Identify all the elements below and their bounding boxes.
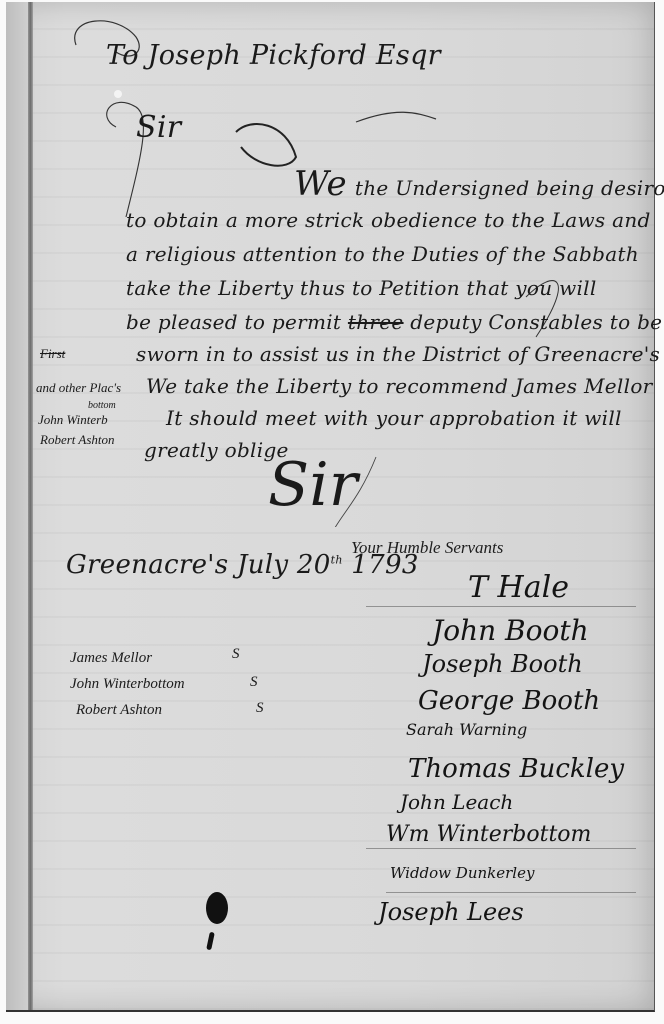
manuscript-page: To Joseph Pickford Esqr Sir Wethe Unders… (6, 2, 655, 1012)
body-line-8: It should meet with your approbation it … (166, 406, 622, 430)
nominee-3-sworn-mark: S (256, 700, 264, 717)
nominee-2: John Winterbottom (70, 676, 185, 693)
body-line-1-lead: We (294, 164, 347, 204)
closing-servants: Your Humble Servants (351, 538, 503, 558)
margin-note-john-winterbottom: John Winterb (38, 412, 108, 428)
signature-9: Widdow Dunkerley (390, 864, 534, 882)
signature-rule (366, 606, 636, 607)
body-line-2: to obtain a more strick obedience to the… (126, 208, 651, 232)
signature-4: George Booth (418, 686, 600, 716)
signature-7: John Leach (400, 790, 513, 814)
closing-sir-text: Sir (268, 450, 358, 520)
margin-note-other-places: and other Plac's (36, 380, 121, 396)
signature-3: Joseph Booth (422, 650, 583, 678)
dateline-day: 20 (297, 550, 331, 580)
signature-8: Wm Winterbottom (386, 822, 591, 847)
nominee-3: Robert Ashton (76, 702, 162, 719)
body-line-9: greatly oblige (144, 438, 289, 462)
signature-5: Sarah Warning (406, 720, 527, 739)
signature-6: Thomas Buckley (408, 754, 624, 784)
ink-drip (206, 932, 215, 951)
body-line-3: a religious attention to the Duties of t… (126, 242, 639, 266)
margin-note-robert-ashton: Robert Ashton (40, 432, 115, 448)
signature-2: John Booth (432, 614, 589, 647)
binding-stitch-line (28, 2, 33, 1010)
ink-blot (206, 892, 228, 924)
body-line-5: be pleased to permit three deputy Consta… (126, 310, 662, 334)
margin-struck-prefix: First (40, 346, 65, 362)
dateline-place: Greenacre's (66, 550, 228, 580)
dateline-month: July (237, 550, 288, 580)
body-line-1: Wethe Undersigned being desirous (294, 164, 664, 204)
body-line-7: We take the Liberty to recommend James M… (146, 374, 653, 398)
binding-edge (6, 2, 28, 1010)
pinhole (114, 90, 122, 98)
body-line-5-before: be pleased to permit (126, 310, 348, 334)
body-line-1-text: the Undersigned being desirous (355, 176, 664, 200)
signature-10: Joseph Lees (378, 898, 524, 926)
signature-rule (366, 848, 636, 849)
struck-word: three (348, 310, 404, 334)
body-line-5-after: deputy Constables to be (404, 310, 663, 334)
body-line-4: take the Liberty thus to Petition that y… (126, 276, 597, 300)
signature-1: T Hale (468, 570, 569, 605)
dateline-day-suffix: th (331, 553, 343, 566)
margin-superscript-bottom: bottom (88, 400, 116, 411)
addressee-line: To Joseph Pickford Esqr (106, 40, 441, 71)
closing-sir: Sir (268, 450, 358, 520)
body-line-6: sworn in to assist us in the District of… (136, 342, 660, 366)
salutation: Sir (136, 110, 181, 145)
nominee-1: James Mellor (70, 650, 152, 667)
nominee-2-sworn-mark: S (250, 674, 258, 691)
signature-rule (386, 892, 636, 893)
nominee-1-sworn-mark: S (232, 646, 240, 663)
